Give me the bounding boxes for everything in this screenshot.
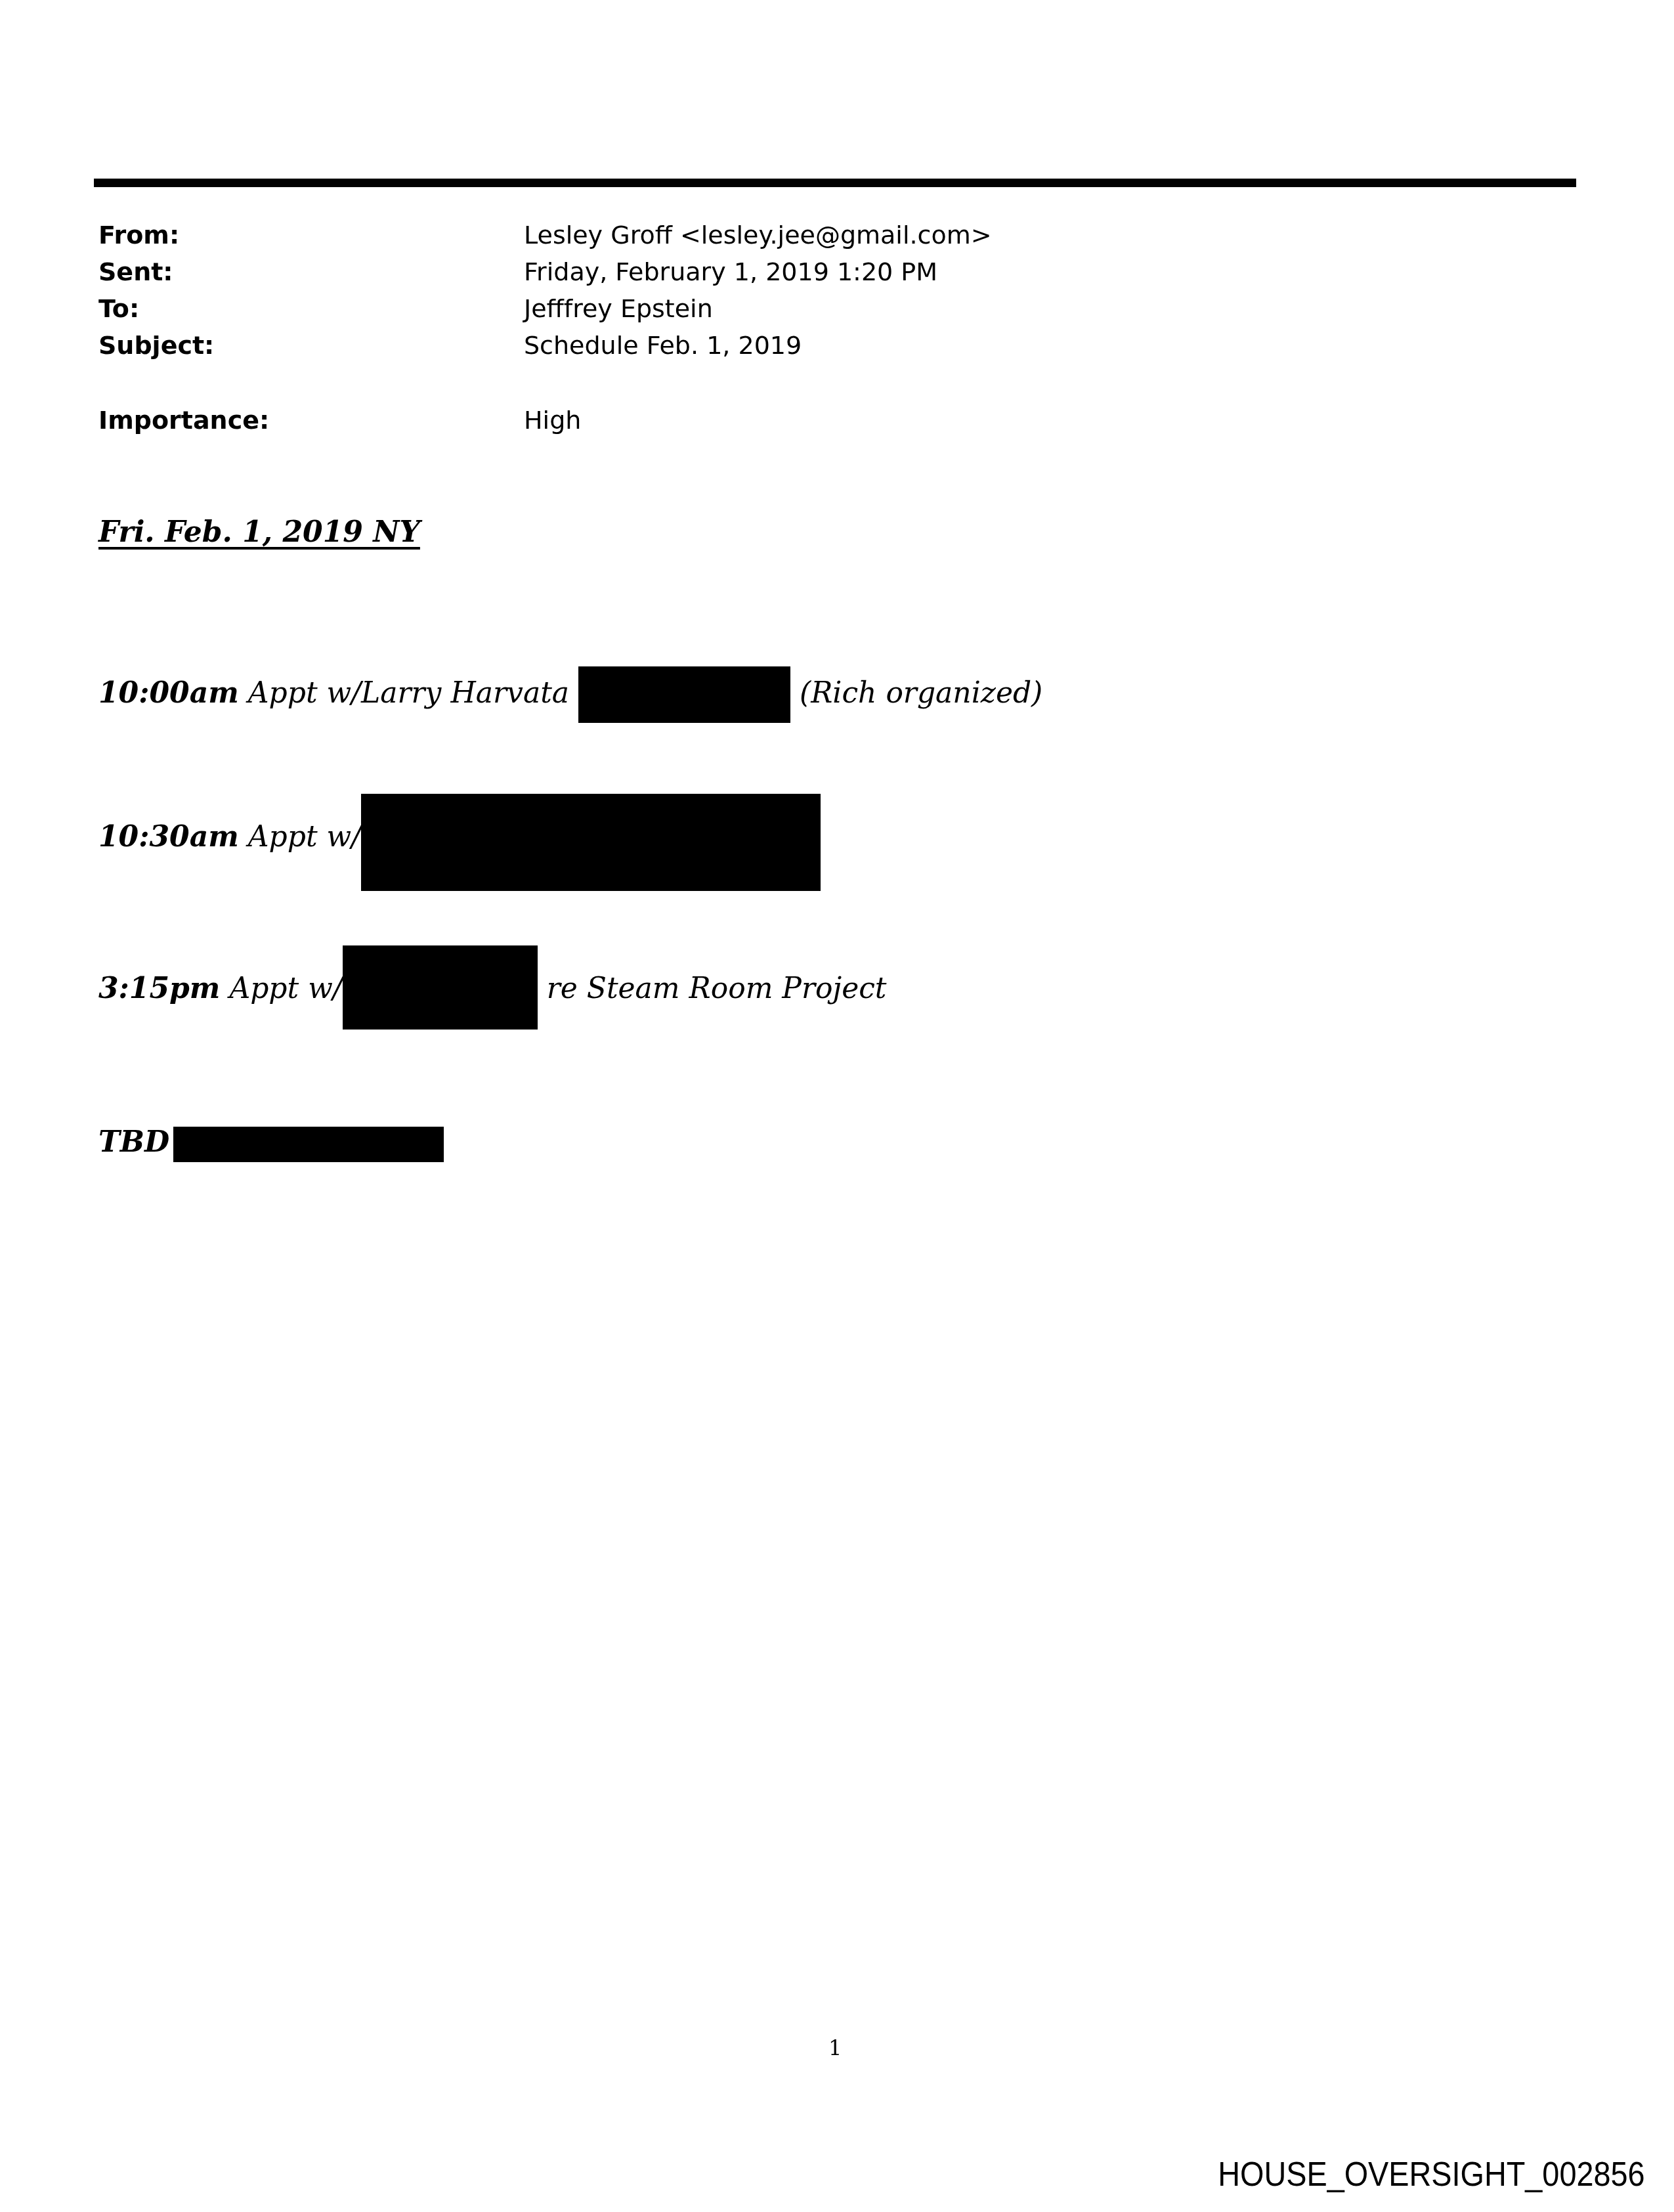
from-label: From: xyxy=(98,217,179,253)
schedule-entry: 10:00am Appt w/Larry Harvata (Rich organ… xyxy=(98,666,1042,723)
entry-note: (Rich organized) xyxy=(800,676,1042,710)
redaction-box xyxy=(343,945,538,1030)
sent-value: Friday, February 1, 2019 1:20 PM xyxy=(524,253,937,290)
subject-label: Subject: xyxy=(98,327,214,364)
bates-number: HOUSE_OVERSIGHT_002856 xyxy=(1218,2155,1645,2194)
schedule-date-heading: Fri. Feb. 1, 2019 NY xyxy=(98,515,420,549)
schedule-entry: 3:15pm Appt w/ re Steam Room Project xyxy=(98,970,887,1030)
importance-label: Importance: xyxy=(98,402,269,439)
redaction-box xyxy=(578,666,790,723)
top-divider-rule xyxy=(94,179,1576,187)
entry-time: 3:15pm xyxy=(98,972,220,1005)
entry-time: 10:00am xyxy=(98,676,239,710)
entry-text: Appt w/ xyxy=(248,820,361,854)
to-value: Jefffrey Epstein xyxy=(524,290,713,327)
entry-text: Appt w/Larry Harvata xyxy=(248,676,569,710)
entry-time: TBD xyxy=(98,1125,169,1159)
subject-value: Schedule Feb. 1, 2019 xyxy=(524,327,802,364)
schedule-entry: 10:30am Appt w/ xyxy=(98,819,821,891)
redaction-box xyxy=(173,1127,444,1162)
redaction-box xyxy=(361,794,821,891)
from-value: Lesley Groff <lesley.jee@gmail.com> xyxy=(524,217,992,253)
sent-label: Sent: xyxy=(98,253,173,290)
to-label: To: xyxy=(98,290,139,327)
schedule-entry: TBD xyxy=(98,1124,444,1162)
page-number: 1 xyxy=(828,2035,842,2060)
entry-text: Appt w/ xyxy=(229,972,342,1005)
importance-value: High xyxy=(524,402,581,439)
entry-time: 10:30am xyxy=(98,820,239,854)
entry-note: re Steam Room Project xyxy=(547,972,887,1005)
